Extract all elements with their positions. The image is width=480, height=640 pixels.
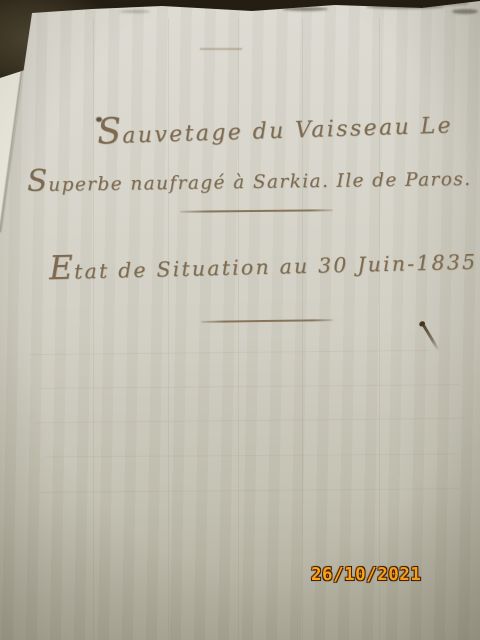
- paper-crease: [93, 18, 94, 640]
- manuscript-title-line-2: Superbe naufragé à Sarkia. Ile de Paros.: [27, 158, 472, 198]
- manuscript-title-line-1: Sauvetage du Vaisseau Le: [96, 100, 453, 152]
- faint-pencil-stroke: [200, 48, 242, 50]
- show-through-line: [40, 384, 460, 389]
- show-through-line: [40, 488, 460, 493]
- camera-timestamp: 26/10/2021: [311, 565, 421, 585]
- manuscript-page: Sauvetage du Vaisseau Le Superbe naufrag…: [0, 0, 480, 640]
- photo-frame: Sauvetage du Vaisseau Le Superbe naufrag…: [0, 0, 480, 640]
- ink-stain: [452, 9, 478, 14]
- show-through-line: [35, 418, 465, 424]
- separator-rule-1: [180, 209, 333, 213]
- separator-rule-2: [201, 319, 333, 323]
- manuscript-date-line: Etat de Situation au 30 Juin-1835: [49, 239, 478, 287]
- show-through-line: [45, 454, 455, 458]
- show-through-line: [30, 350, 430, 355]
- stray-ink-mark: [421, 323, 440, 352]
- ink-stain: [120, 10, 150, 13]
